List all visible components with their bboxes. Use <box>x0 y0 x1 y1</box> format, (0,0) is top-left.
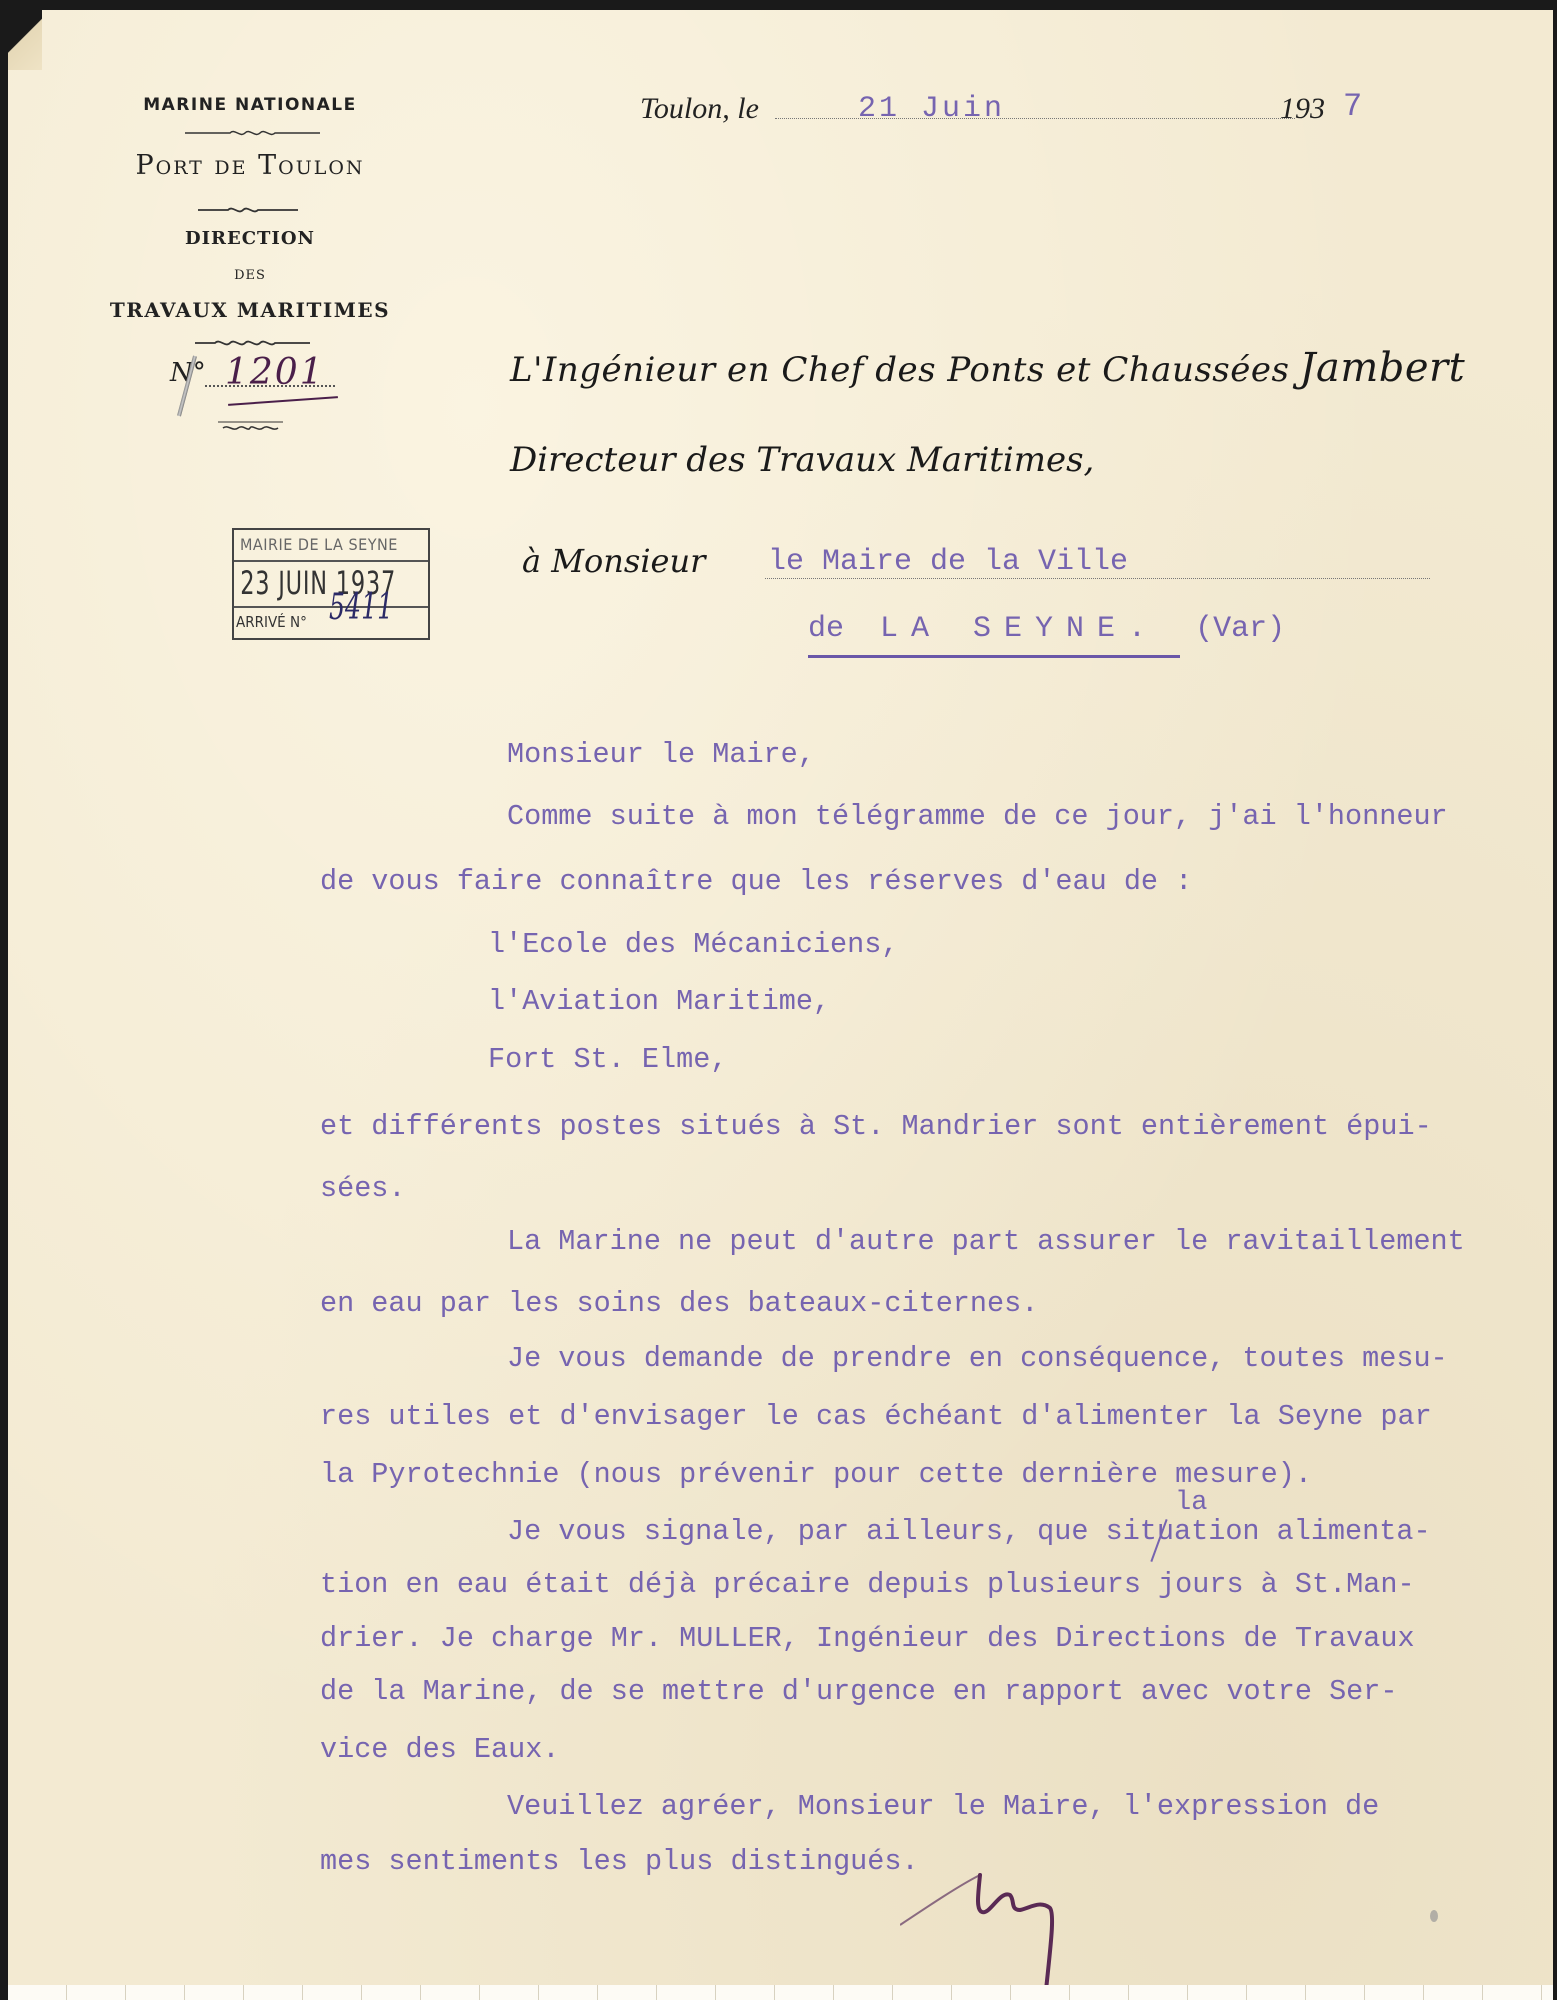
flourish-divider-icon <box>198 205 298 215</box>
salutation: Monsieur le Maire, <box>507 738 815 771</box>
letterhead-travaux-maritimes: TRAVAUX MARITIMES <box>60 298 440 322</box>
stamp-arrival-number: 5411 <box>329 594 393 622</box>
body-line: Veuillez agréer, Monsieur le Maire, l'ex… <box>507 1790 1379 1823</box>
list-item: Fort St. Elme, <box>488 1043 727 1076</box>
body-line: La Marine ne peut d'autre part assurer l… <box>507 1225 1465 1258</box>
letterhead-des: DES <box>60 268 440 283</box>
body-line: sées. <box>320 1172 406 1205</box>
list-item: l'Aviation Maritime, <box>488 985 830 1018</box>
letterhead-marine-nationale: MARINE NATIONALE <box>60 95 440 115</box>
date-dotted-line <box>775 118 1295 119</box>
ornament-icon <box>218 420 283 434</box>
body-line: res utiles et d'envisager le cas échéant… <box>320 1400 1432 1433</box>
recipient-dotted-line <box>765 578 1430 579</box>
date-day-month: 21 Juin <box>858 92 1005 126</box>
body-line: et différents postes situés à St. Mandri… <box>320 1110 1432 1143</box>
recipient-label: à Monsieur <box>522 542 705 580</box>
signature-scribble-icon <box>900 1870 1170 2000</box>
stamp-arrival-row: ARRIVÉ N° 5411 <box>234 606 428 636</box>
ink-spot <box>1430 1910 1438 1922</box>
flourish-divider-icon <box>195 338 310 348</box>
recipient-department: (Var) <box>1195 612 1285 646</box>
recipient-line2-prefix: de <box>808 612 844 646</box>
body-line: Je vous demande de prendre en conséquenc… <box>507 1342 1448 1375</box>
body-line: de vous faire connaître que les réserves… <box>320 865 1192 898</box>
recipient-line1: le Maire de la Ville <box>768 545 1128 579</box>
sender-title: L'Ingénieur en Chef des Ponts et Chaussé… <box>510 345 1465 391</box>
flourish-divider-icon <box>185 128 320 138</box>
arrival-stamp: MAIRIE DE LA SEYNE 23 JUIN 1937 ARRIVÉ N… <box>232 528 430 640</box>
recipient-underline <box>808 655 1180 658</box>
date-year-digit: 7 <box>1343 88 1362 125</box>
body-line: tion en eau était déjà précaire depuis p… <box>320 1568 1415 1601</box>
sender-title-text: L'Ingénieur en Chef des Ponts et Chaussé… <box>510 350 1289 390</box>
sender-name: Jambert <box>1299 345 1465 391</box>
list-item: l'Ecole des Mécaniciens, <box>488 928 898 961</box>
recipient-line2: de LA SEYNE. (Var) <box>808 612 1285 646</box>
date-year-prefix: 193 <box>1280 92 1325 126</box>
body-line: mes sentiments les plus distingués. <box>320 1845 919 1878</box>
handwritten-insertion: la <box>1175 1488 1207 1518</box>
folded-corner <box>8 10 42 70</box>
letterhead-port-de-toulon: Port de Toulon <box>60 150 440 181</box>
body-line: drier. Je charge Mr. MULLER, Ingénieur d… <box>320 1622 1415 1655</box>
body-line: la Pyrotechnie (nous prévenir pour cette… <box>320 1458 1312 1491</box>
stamp-header: MAIRIE DE LA SEYNE <box>234 530 428 562</box>
recipient-city: LA SEYNE. <box>880 612 1159 646</box>
stamp-arrival-label: ARRIVÉ N° <box>236 613 307 631</box>
reference-number-handwritten: 1201 <box>225 352 325 393</box>
underlying-sheet-edge <box>8 1985 1553 2000</box>
body-line: vice des Eaux. <box>320 1733 559 1766</box>
body-line: Je vous signale, par ailleurs, que situa… <box>507 1515 1431 1548</box>
body-line: de la Marine, de se mettre d'urgence en … <box>320 1675 1397 1708</box>
date-place: Toulon, le <box>640 92 759 126</box>
body-line: en eau par les soins des bateaux-citerne… <box>320 1287 1038 1320</box>
letterhead-direction: DIRECTION <box>60 228 440 249</box>
signature <box>900 1870 1170 2000</box>
body-line: Comme suite à mon télégramme de ce jour,… <box>507 800 1448 833</box>
sender-role: Directeur des Travaux Maritimes, <box>510 440 1094 480</box>
